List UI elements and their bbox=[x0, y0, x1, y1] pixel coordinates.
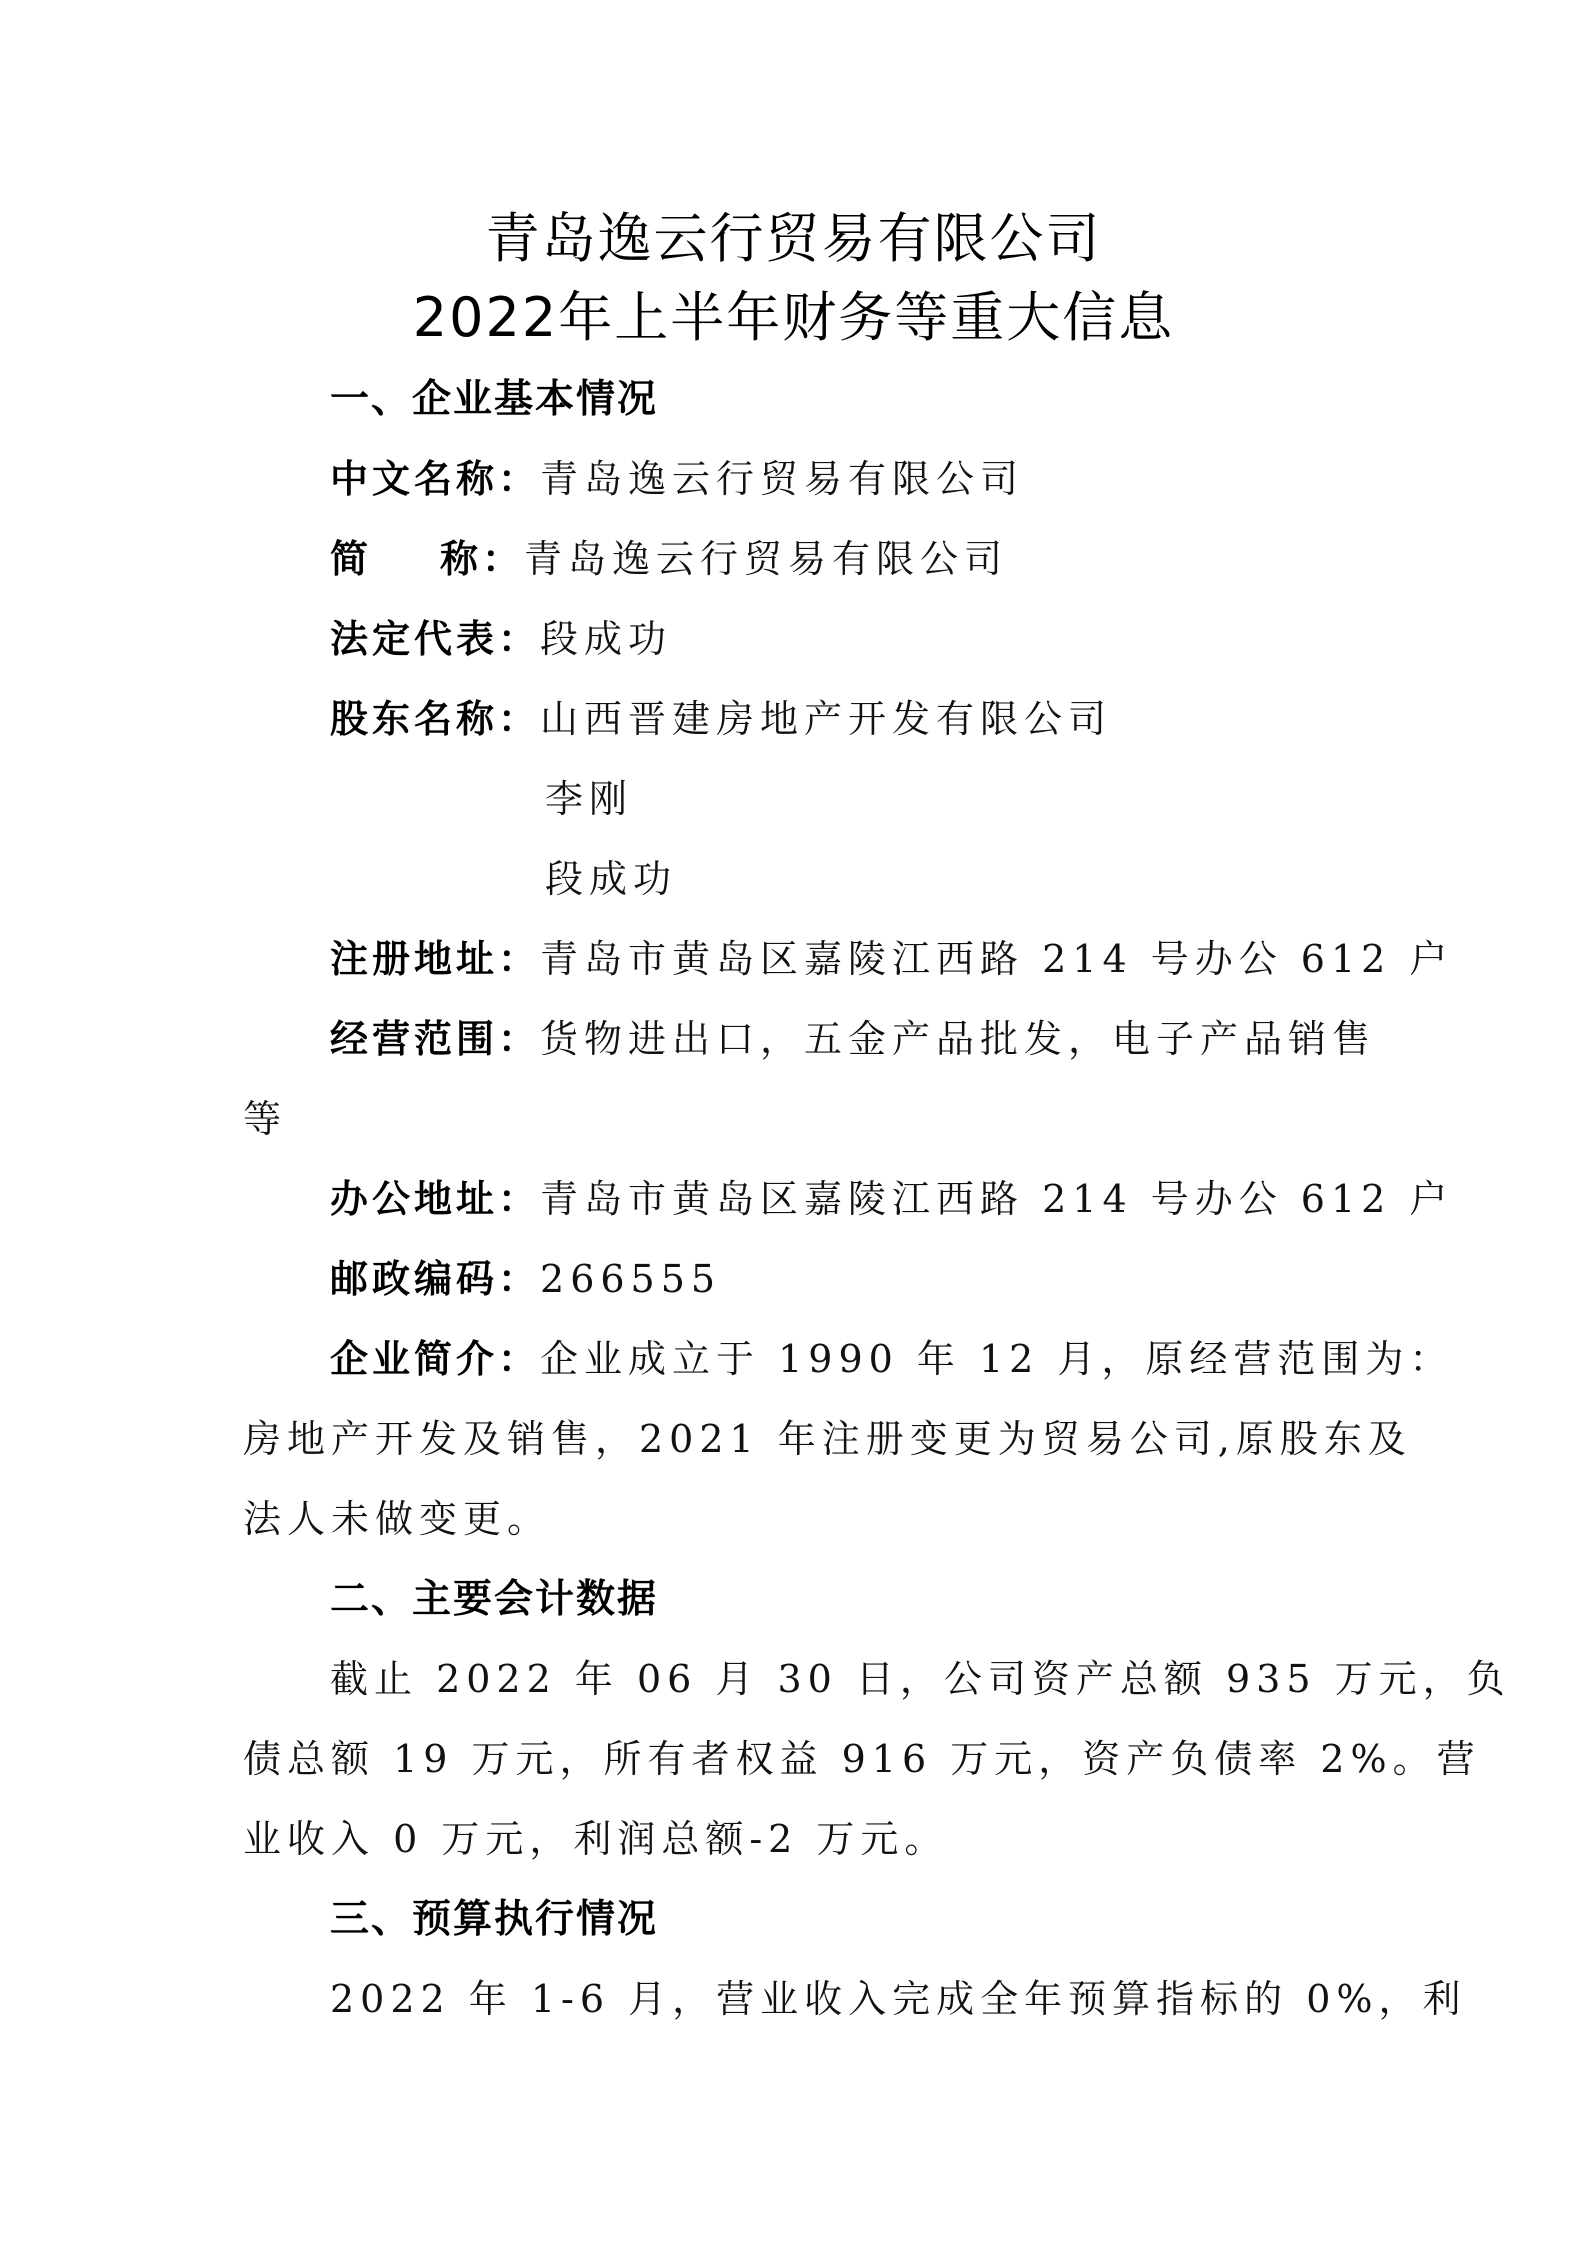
section2-heading: 二、主要会计数据 bbox=[330, 1568, 658, 1624]
field-reg-address: 注册地址：青岛市黄岛区嘉陵江西路 214 号办公 612 户 bbox=[330, 928, 1453, 983]
reg-address-label: 注册地址： bbox=[330, 937, 540, 981]
field-chinese-name: 中文名称：青岛逸云行贸易有限公司 bbox=[330, 448, 1024, 503]
shareholder-item: 山西晋建房地产开发有限公司 bbox=[540, 697, 1112, 741]
field-office-address: 办公地址：青岛市黄岛区嘉陵江西路 214 号办公 612 户 bbox=[330, 1168, 1453, 1223]
chinese-name-label: 中文名称： bbox=[330, 457, 540, 501]
field-postal-code: 邮政编码：266555 bbox=[330, 1248, 721, 1303]
shareholder-item: 李刚 bbox=[545, 768, 633, 823]
document-title-line2: 2022年上半年财务等重大信息 bbox=[0, 275, 1587, 352]
section2-line3: 业收入 0 万元，利润总额-2 万元。 bbox=[243, 1808, 948, 1863]
field-legal-rep: 法定代表：段成功 bbox=[330, 608, 672, 663]
business-scope-continuation: 等 bbox=[243, 1088, 287, 1143]
section3-heading: 三、预算执行情况 bbox=[330, 1888, 658, 1944]
business-scope-label: 经营范围： bbox=[330, 1017, 540, 1061]
field-short-name: 简称：青岛逸云行贸易有限公司 bbox=[330, 528, 1008, 583]
chinese-name-value: 青岛逸云行贸易有限公司 bbox=[540, 457, 1024, 501]
postal-code-value: 266555 bbox=[540, 1257, 721, 1301]
section1-heading: 一、企业基本情况 bbox=[330, 368, 658, 424]
short-name-label-a: 简 bbox=[330, 537, 440, 581]
shareholders-label: 股东名称： bbox=[330, 697, 540, 741]
reg-address-value: 青岛市黄岛区嘉陵江西路 214 号办公 612 户 bbox=[540, 937, 1453, 981]
postal-code-label: 邮政编码： bbox=[330, 1257, 540, 1301]
business-scope-value: 货物进出口，五金产品批发，电子产品销售 bbox=[540, 1017, 1376, 1061]
document-title-line1: 青岛逸云行贸易有限公司 bbox=[0, 196, 1587, 273]
profile-label: 企业简介： bbox=[330, 1337, 540, 1381]
shareholder-item: 段成功 bbox=[545, 848, 677, 903]
section2-line2: 债总额 19 万元，所有者权益 916 万元，资产负债率 2%。营 bbox=[243, 1728, 1481, 1783]
office-address-value: 青岛市黄岛区嘉陵江西路 214 号办公 612 户 bbox=[540, 1177, 1453, 1221]
field-shareholders: 股东名称：山西晋建房地产开发有限公司 bbox=[330, 688, 1112, 743]
legal-rep-label: 法定代表： bbox=[330, 617, 540, 661]
profile-line2: 房地产开发及销售，2021 年注册变更为贸易公司,原股东及 bbox=[243, 1408, 1412, 1463]
profile-line1: 企业成立于 1990 年 12 月，原经营范围为： bbox=[540, 1337, 1453, 1381]
profile-line3: 法人未做变更。 bbox=[243, 1488, 551, 1543]
field-business-scope: 经营范围：货物进出口，五金产品批发，电子产品销售 bbox=[330, 1008, 1376, 1063]
section3-line1: 2022 年 1-6 月，营业收入完成全年预算指标的 0%，利 bbox=[330, 1968, 1467, 2023]
office-address-label: 办公地址： bbox=[330, 1177, 540, 1221]
legal-rep-value: 段成功 bbox=[540, 617, 672, 661]
short-name-label-b: 称： bbox=[440, 537, 524, 581]
short-name-value: 青岛逸云行贸易有限公司 bbox=[524, 537, 1008, 581]
field-profile: 企业简介：企业成立于 1990 年 12 月，原经营范围为： bbox=[330, 1328, 1453, 1383]
section2-line1: 截止 2022 年 06 月 30 日，公司资产总额 935 万元，负 bbox=[330, 1648, 1511, 1703]
